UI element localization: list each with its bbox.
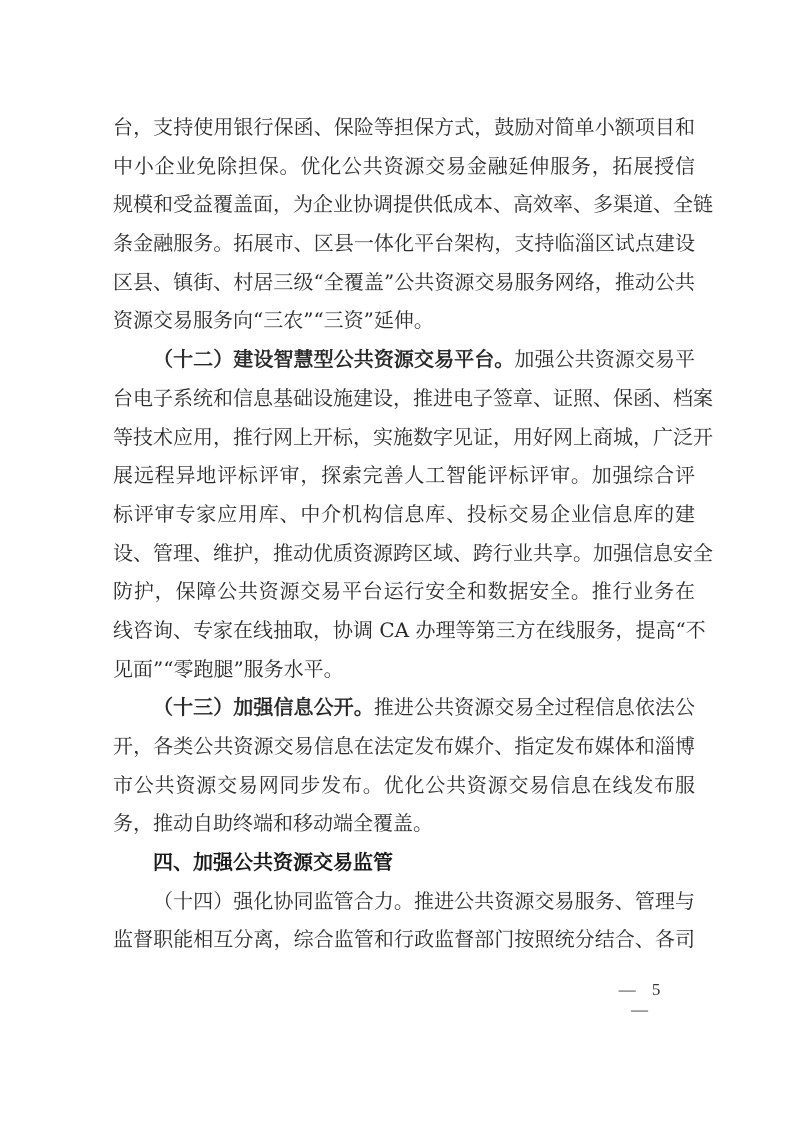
text-line: 规模和受益覆盖面，为企业协调提供低成本、高效率、多渠道、全链 (113, 185, 695, 224)
subsection-title: （十二）建设智慧型公共资源交易平台。 (153, 347, 514, 371)
paragraph-first-line: （十二）建设智慧型公共资源交易平台。加强公共资源交易平 (113, 340, 695, 379)
document-page: 台，支持使用银行保函、保险等担保方式，鼓励对简单小额项目和 中小企业免除担保。优… (0, 0, 793, 1122)
text-span: 加强公共资源交易平 (514, 347, 695, 371)
subsection-title: （十三）加强信息公开。 (153, 695, 374, 719)
text-span: 推进公共资源交易服务、管理与 (414, 889, 695, 913)
paragraph-first-line: （十四）强化协同监管合力。推进公共资源交易服务、管理与 (113, 882, 695, 921)
body-text: 台，支持使用银行保函、保险等担保方式，鼓励对简单小额项目和 中小企业免除担保。优… (113, 108, 695, 959)
text-line: 中小企业免除担保。优化公共资源交易金融延伸服务，拓展授信 (113, 147, 695, 186)
text-line: 标评审专家应用库、中介机构信息库、投标交易企业信息库的建 (113, 495, 695, 534)
paragraph-12: （十二）建设智慧型公共资源交易平台。加强公共资源交易平 台电子系统和信息基础设施… (113, 340, 695, 688)
text-line: 务，推动自助终端和移动端全覆盖。 (113, 804, 695, 843)
text-line: 线咨询、专家在线抽取，协调 CA 办理等第三方在线服务，提高“不 (113, 611, 695, 650)
text-line: 台，支持使用银行保函、保险等担保方式，鼓励对简单小额项目和 (113, 108, 695, 147)
text-line: 市公共资源交易网同步发布。优化公共资源交易信息在线发布服 (113, 766, 695, 805)
paragraph-13: （十三）加强信息公开。推进公共资源交易全过程信息依法公 开，各类公共资源交易信息… (113, 688, 695, 843)
section-heading: 四、加强公共资源交易监管 (113, 843, 695, 882)
paragraph-first-line: （十三）加强信息公开。推进公共资源交易全过程信息依法公 (113, 688, 695, 727)
text-line: 防护，保障公共资源交易平台运行安全和数据安全。推行业务在 (113, 572, 695, 611)
text-line: 资源交易服务向“三农”“三资”延伸。 (113, 301, 695, 340)
text-line: 设、管理、维护，推动优质资源跨区域、跨行业共享。加强信息安全 (113, 534, 695, 573)
text-line: 区县、镇街、村居三级“全覆盖”公共资源交易服务网络，推动公共 (113, 263, 695, 302)
text-line: 条金融服务。拓展市、区县一体化平台架构，支持临淄区试点建设 (113, 224, 695, 263)
subsection-title: （十四）强化协同监管合力。 (153, 889, 414, 913)
paragraph-14: （十四）强化协同监管合力。推进公共资源交易服务、管理与 监督职能相互分离，综合监… (113, 882, 695, 959)
text-line: 展远程异地评标评审，探索完善人工智能评标评审。加强综合评 (113, 456, 695, 495)
page-number: — 5 — (605, 980, 680, 1020)
text-line: 开，各类公共资源交易信息在法定发布媒介、指定发布媒体和淄博 (113, 727, 695, 766)
text-line: 等技术应用，推行网上开标，实施数字见证，用好网上商城，广泛开 (113, 418, 695, 457)
text-line: 监督职能相互分离，综合监管和行政监督部门按照统分结合、各司 (113, 920, 695, 959)
paragraph-continued: 台，支持使用银行保函、保险等担保方式，鼓励对简单小额项目和 中小企业免除担保。优… (113, 108, 695, 340)
text-line: 台电子系统和信息基础设施建设，推进电子签章、证照、保函、档案 (113, 379, 695, 418)
text-span: 推进公共资源交易全过程信息依法公 (374, 695, 695, 719)
text-line: 见面”“零跑腿”服务水平。 (113, 650, 695, 689)
